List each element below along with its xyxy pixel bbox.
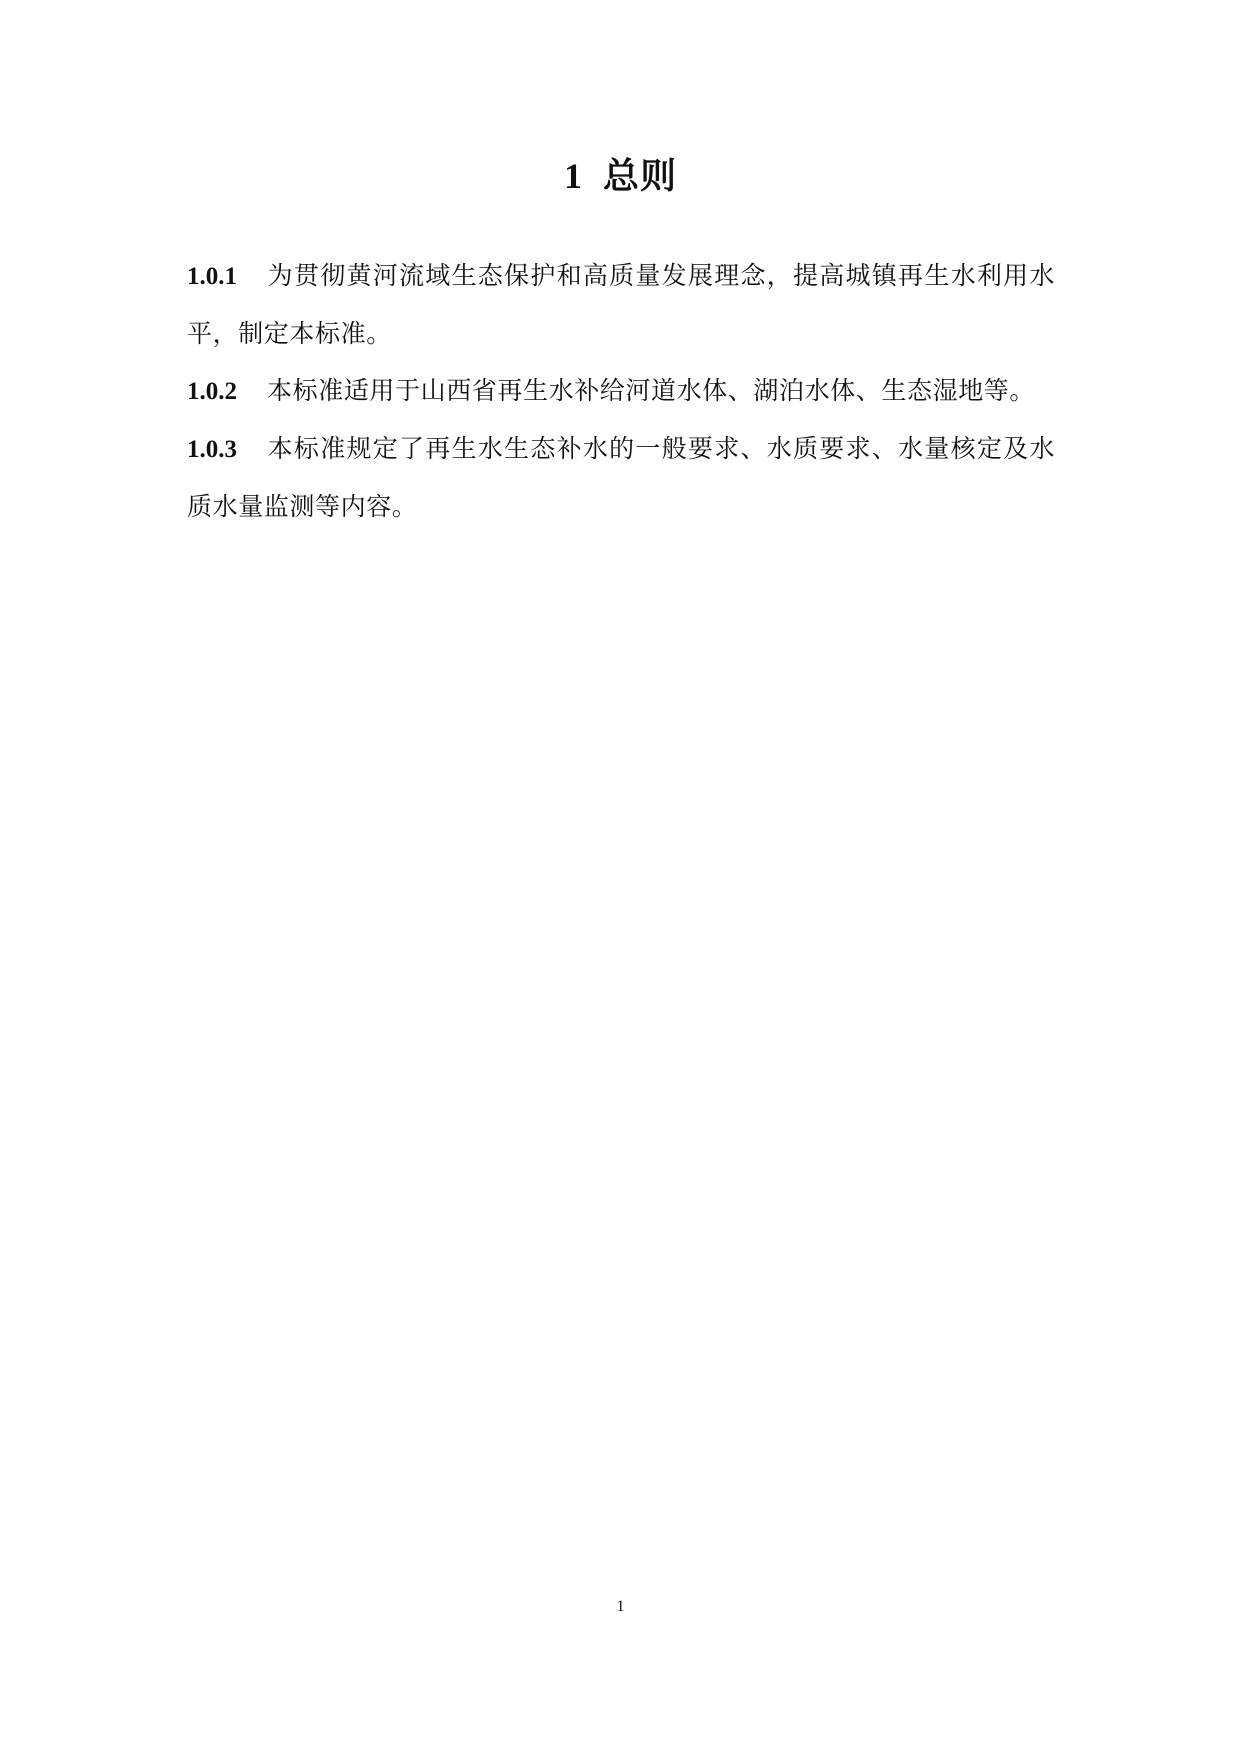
page-number: 1 (0, 1598, 1241, 1616)
clause-number: 1.0.3 (187, 436, 237, 463)
clause-number: 1.0.1 (187, 263, 237, 290)
clause-1-0-1: 1.0.1为贯彻黄河流域生态保护和高质量发展理念，提高城镇再生水利用水平，制定本… (187, 247, 1055, 362)
clause-text: 为贯彻黄河流域生态保护和高质量发展理念，提高城镇再生水利用水平，制定本标准。 (187, 261, 1055, 348)
clause-1-0-2: 1.0.2本标准适用于山西省再生水补给河道水体、湖泊水体、生态湿地等。 (187, 362, 1055, 420)
clause-number: 1.0.2 (187, 378, 237, 405)
document-body: 1.0.1为贯彻黄河流域生态保护和高质量发展理念，提高城镇再生水利用水平，制定本… (187, 247, 1055, 535)
chapter-title: 总则 (603, 156, 677, 197)
chapter-number: 1 (564, 156, 583, 196)
clause-text: 本标准适用于山西省再生水补给河道水体、湖泊水体、生态湿地等。 (267, 376, 1035, 405)
chapter-heading: 1总则 (0, 150, 1241, 203)
clause-text: 本标准规定了再生水生态补水的一般要求、水质要求、水量核定及水质水量监测等内容。 (187, 434, 1055, 521)
clause-1-0-3: 1.0.3本标准规定了再生水生态补水的一般要求、水质要求、水量核定及水质水量监测… (187, 420, 1055, 535)
